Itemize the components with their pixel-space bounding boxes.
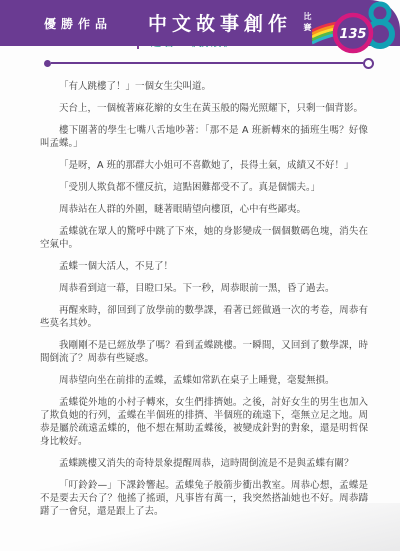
document-page: 優勝作品 中文故事創作 比賽 135 高中組亞軍 陳雨亭保良局顏寶鈴書院 題目：…: [0, 0, 400, 551]
story-paragraph: 天台上，一個梳著麻花辮的女生在黃玉般的陽光照耀下，只剩一個背影。: [40, 102, 368, 115]
story-paragraph: 樓下圍著的學生七嘴八舌地吵著：「那不是 A 班新轉來的插班生嗎？好像叫孟蝶。」: [40, 124, 368, 150]
story-paragraph: 我剛剛不是已經放學了嗎？看到孟蝶跳樓。一瞬間，又回到了數學課，時間倒流了？周恭有…: [40, 339, 368, 365]
page-number-badge: 135: [316, 0, 398, 58]
page-number: 135: [339, 27, 366, 42]
story-body: 「有人跳樓了！」一個女生尖叫道。天台上，一個梳著麻花辮的女生在黃玉般的陽光照耀下…: [0, 80, 400, 518]
story-paragraph: 再醒來時，卻回到了放學前的數學課，看著已經做過一次的考卷，周恭有些莫名其妙。: [40, 304, 368, 330]
competition-title: 中文故事創作: [148, 9, 292, 36]
rule-dot-icon: [44, 60, 51, 67]
story-paragraph: 孟蝶一個大活人，不見了！: [40, 260, 368, 273]
story-paragraph: 孟蝶就在眾人的驚呼中跳了下來，她的身影變成一個個數碼色塊，消失在空氣中。: [40, 225, 368, 251]
award-section-label: 優勝作品: [44, 15, 112, 32]
story-paragraph: 「有人跳樓了！」一個女生尖叫道。: [40, 80, 368, 93]
divider-rule: [44, 58, 374, 68]
story-paragraph: 「是呀，A 班的那群大小姐可不喜歡她了，長得土氣，成績又不好！」: [40, 159, 368, 172]
rule-line: [51, 62, 363, 64]
rule-ring-icon: [363, 58, 374, 69]
story-paragraph: 「受別人欺負都不懂反抗，這點困難都受不了。真是個懦夫。」: [40, 181, 368, 194]
story-paragraph: 周恭看到這一幕，目瞪口呆。下一秒，周恭眼前一黑，昏了過去。: [40, 282, 368, 295]
story-paragraph: 孟蝶跳樓又消失的奇特景象提醒周恭，這時間倒流是不是與孟蝶有關？: [40, 457, 368, 470]
story-paragraph: 周恭望向坐在前排的孟蝶，孟蝶如常趴在桌子上睡覺，毫髮無損。: [40, 374, 368, 387]
story-paragraph: 「叮鈴鈴—」下課鈴響起。孟蝶兔子般箭步衝出教室。周恭心想，孟蝶是不是要去天台了？…: [40, 479, 368, 518]
story-paragraph: 孟蝶從外地的小村子轉來，女生們排擠她。之後，討好女生的男生也加入了欺負她的行列，…: [40, 396, 368, 448]
story-paragraph: 周恭站在人群的外圍，瞇著眼睛望向樓頂，心中有些鄙夷。: [40, 203, 368, 216]
